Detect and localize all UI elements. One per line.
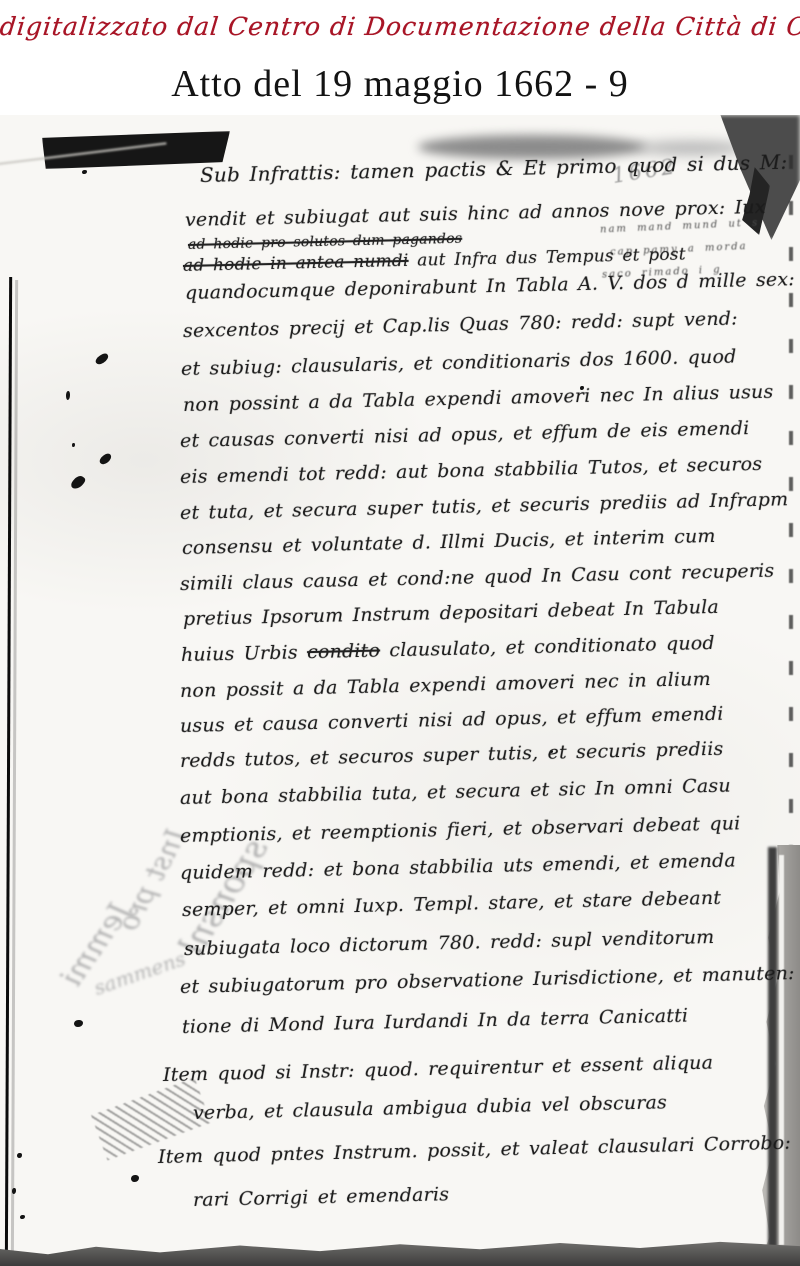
manuscript-line: pretius Ipsorum Instrum depositari debea… [183,596,719,630]
manuscript-text: Item quod si Instr: quod. requirentur et… [163,1052,714,1086]
ink-blot [98,452,113,466]
manuscript-text: emptionis, et reemptionis fieri, et obse… [180,812,741,847]
manuscript-text: et subiug: clausularis, et conditionaris… [181,345,737,380]
manuscript-text: subiugata loco dictorum 780. redd: supl … [184,926,715,960]
manuscript-line: et tuta, et secura super tutis, et secur… [180,488,789,524]
manuscript-text: simili claus causa et cond:ne quod In Ca… [180,560,775,595]
ink-blot [94,352,110,366]
manuscript-text: aut bona stabbilia tuta, et secura et si… [180,775,731,809]
manuscript-text: rari Corrigi et emendaris [193,1183,450,1211]
scan-artifact-left-edge-line [5,277,12,1266]
page-title: Atto del 19 maggio 1662 - 9 [0,62,800,106]
manuscript-text: et causas converti nisi ad opus, et effu… [180,417,750,452]
scan-artifact-right-tear-highlight [779,855,784,1245]
manuscript-line: verba, et clausula ambigua dubia vel obs… [193,1091,667,1124]
manuscript-line: emptionis, et reemptionis fieri, et obse… [180,812,741,847]
ink-speck [72,443,75,447]
ink-speck [12,1188,16,1194]
manuscript-line: eis emendi tot redd: aut bona stabbilia … [180,453,763,488]
manuscript-line: non possit a da Tabla expendi amoveri ne… [180,668,711,702]
manuscript-line: usus et causa converti nisi ad opus, et … [180,703,724,737]
manuscript-line: sexcentos precij et Cap.lis Quas 780: re… [183,307,738,342]
scan-artifact-right-tear-streak [768,847,777,1261]
manuscript-text: non possint a da Tabla expendi amoveri n… [183,381,774,416]
manuscript-line: simili claus causa et cond:ne quod In Ca… [180,560,775,595]
manuscript-line: redds tutos, et securos super tutis, et … [180,738,724,772]
manuscript-line: rari Corrigi et emendaris [193,1183,450,1211]
ink-speck [17,1153,22,1158]
manuscript-text: eis emendi tot redd: aut bona stabbilia … [180,453,763,488]
struck-text: condito [307,639,381,663]
manuscript-text: sexcentos precij et Cap.lis Quas 780: re… [183,307,738,342]
manuscript-line: Item quod pntes Instrum. possit, et vale… [158,1132,791,1168]
ink-speck [82,170,87,174]
manuscript-text: consensu et voluntate d. Illmi Ducis, et… [182,525,716,559]
scan-artifact-right-edge-line [789,155,793,855]
manuscript-text: pretius Ipsorum Instrum depositari debea… [183,596,719,630]
manuscript-line: non possint a da Tabla expendi amoveri n… [183,381,774,416]
struck-text: ad hodie in antea numdi [183,251,409,276]
manuscript-line-partially-struck: huius Urbis condito clausulato, et condi… [181,632,715,666]
manuscript-line: Item quod si Instr: quod. requirentur et… [163,1052,714,1086]
manuscript-text: et tuta, et secura super tutis, et secur… [180,488,789,524]
ink-blot [131,1175,139,1182]
digitization-credit-line: digitalizzato dal Centro di Documentazio… [0,12,800,41]
manuscript-text: usus et causa converti nisi ad opus, et … [180,703,724,737]
manuscript-line: subiugata loco dictorum 780. redd: supl … [184,926,715,960]
ink-blot [74,1020,83,1027]
manuscript-text: redds tutos, et securos super tutis, et … [180,738,724,772]
manuscript-scan: 1662 nam mand mund ut s cap pamy a morda… [0,115,800,1266]
manuscript-line: et subiug: clausularis, et conditionaris… [181,345,737,380]
ink-speck [20,1215,25,1219]
manuscript-text: Item quod pntes Instrum. possit, et vale… [158,1132,791,1168]
manuscript-line: aut bona stabbilia tuta, et secura et si… [180,775,731,809]
ink-speck [66,391,70,400]
manuscript-line: et causas converti nisi ad opus, et effu… [180,417,750,452]
manuscript-line: tione di Mond Iura Iurdandi In da terra … [182,1005,689,1038]
manuscript-line: consensu et voluntate d. Illmi Ducis, et… [182,525,716,559]
manuscript-text: clausulato, et conditionato quod [380,632,715,662]
document-page: digitalizzato dal Centro di Documentazio… [0,0,800,1266]
scan-artifact-bottom-dark-band [0,1235,800,1266]
manuscript-text: huius Urbis [181,641,308,666]
ink-blot [69,474,86,492]
manuscript-text: tione di Mond Iura Iurdandi In da terra … [182,1005,689,1038]
manuscript-text: et subiugatorum pro observatione Iurisdi… [180,962,795,998]
manuscript-line: semper, et omni Iuxp. Templ. stare, et s… [182,887,722,921]
manuscript-text: verba, et clausula ambigua dubia vel obs… [193,1091,667,1124]
manuscript-text: semper, et omni Iuxp. Templ. stare, et s… [182,887,722,921]
manuscript-line: et subiugatorum pro observatione Iurisdi… [180,962,795,998]
manuscript-text: non possit a da Tabla expendi amoveri ne… [180,668,711,702]
